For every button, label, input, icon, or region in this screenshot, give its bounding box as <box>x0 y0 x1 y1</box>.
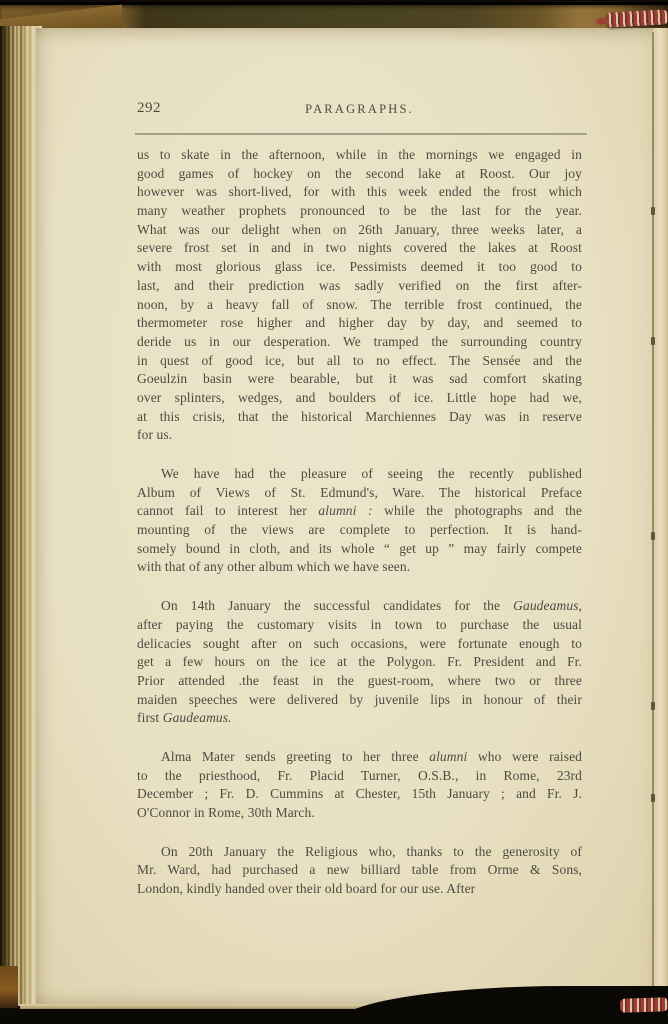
paragraphs: us to skate in the afternoon, while in t… <box>137 146 582 899</box>
text-line: December ; Fr. D. Cummins at Chester, 15… <box>137 785 582 804</box>
text-line: first Gaudeamus. <box>137 709 582 728</box>
text-line: cannot fail to interest her alumni : whi… <box>137 502 582 521</box>
text-line: at this crisis, that the historical Marc… <box>137 408 582 427</box>
paragraph: us to skate in the afternoon, while in t… <box>137 146 582 445</box>
page-gutter <box>653 28 668 1005</box>
text-line: somely bound in cloth, and its whole “ g… <box>137 540 582 559</box>
text-line: maiden speeches were delivered by juveni… <box>137 691 582 710</box>
text-line: last, and their prediction was sadly ver… <box>137 277 582 296</box>
text-line: Prior attended .the feast in the guest-r… <box>137 672 582 691</box>
text-line: with most glorious glass ice. Pessimists… <box>137 258 582 277</box>
sewing-mark <box>651 794 655 802</box>
text-line: noon, by a heavy fall of snow. The terri… <box>137 296 582 315</box>
text-line: many weather prophets pronounced to be t… <box>137 202 582 221</box>
text-line: delicacies sought after on such occasion… <box>137 635 582 654</box>
cover-corner-bottom-left <box>0 966 18 1008</box>
sewing-mark <box>651 532 655 540</box>
text-line: with that of any other album which we ha… <box>137 558 582 577</box>
text-line: thermometer rose higher and higher day b… <box>137 314 582 333</box>
text-line: What was our delight when on 26th Januar… <box>137 221 582 240</box>
text-line: after paying the customary visits in tow… <box>137 616 582 635</box>
headband-top <box>606 9 668 27</box>
text-line: Alma Mater sends greeting to her three a… <box>137 748 582 767</box>
text-line: Album of Views of St. Edmund's, Ware. Th… <box>137 484 582 503</box>
gutter-crease-line <box>652 32 654 1000</box>
header-rule <box>135 133 587 135</box>
text-line: severe frost set in and in two nights co… <box>137 239 582 258</box>
headband-bottom <box>620 997 668 1013</box>
book-scan: 292 PARAGRAPHS. us to skate in the after… <box>0 0 668 1024</box>
paragraph: We have had the pleasure of seeing the r… <box>137 465 582 577</box>
sewing-mark <box>651 702 655 710</box>
text-line: On 20th January the Religious who, thank… <box>137 843 582 862</box>
text-line: Mr. Ward, had purchased a new billiard t… <box>137 861 582 880</box>
running-title: PARAGRAPHS. <box>137 102 582 117</box>
text-line: for us. <box>137 426 582 445</box>
paragraph: Alma Mater sends greeting to her three a… <box>137 748 582 823</box>
text-line: mounting of the views are complete to pe… <box>137 521 582 540</box>
text-line: Goeulzin basin were bearable, but it was… <box>137 370 582 389</box>
text-line: us to skate in the afternoon, while in t… <box>137 146 582 165</box>
text-line: On 14th January the successful candidate… <box>137 597 582 616</box>
sewing-mark <box>651 337 655 345</box>
text-line: good games of hockey on the second lake … <box>137 165 582 184</box>
text-line: in quest of good ice, but all to no effe… <box>137 352 582 371</box>
page-header: 292 PARAGRAPHS. <box>137 100 582 120</box>
paragraph: On 14th January the successful candidate… <box>137 597 582 728</box>
text-line: get a few hours on the ice at the Polygo… <box>137 653 582 672</box>
text-line: London, kindly handed over their old boa… <box>137 880 582 899</box>
sewing-mark <box>651 207 655 215</box>
text-line: however was short-lived, for with this w… <box>137 183 582 202</box>
book-page: 292 PARAGRAPHS. us to skate in the after… <box>36 28 668 1005</box>
paragraph: On 20th January the Religious who, thank… <box>137 843 582 899</box>
text-line: O'Connor in Rome, 30th March. <box>137 804 582 823</box>
text-line: deride us in our desperation. We tramped… <box>137 333 582 352</box>
text-line: over splinters, wedges, and boulders of … <box>137 389 582 408</box>
text-line: to the priesthood, Fr. Placid Turner, O.… <box>137 767 582 786</box>
text-line: We have had the pleasure of seeing the r… <box>137 465 582 484</box>
